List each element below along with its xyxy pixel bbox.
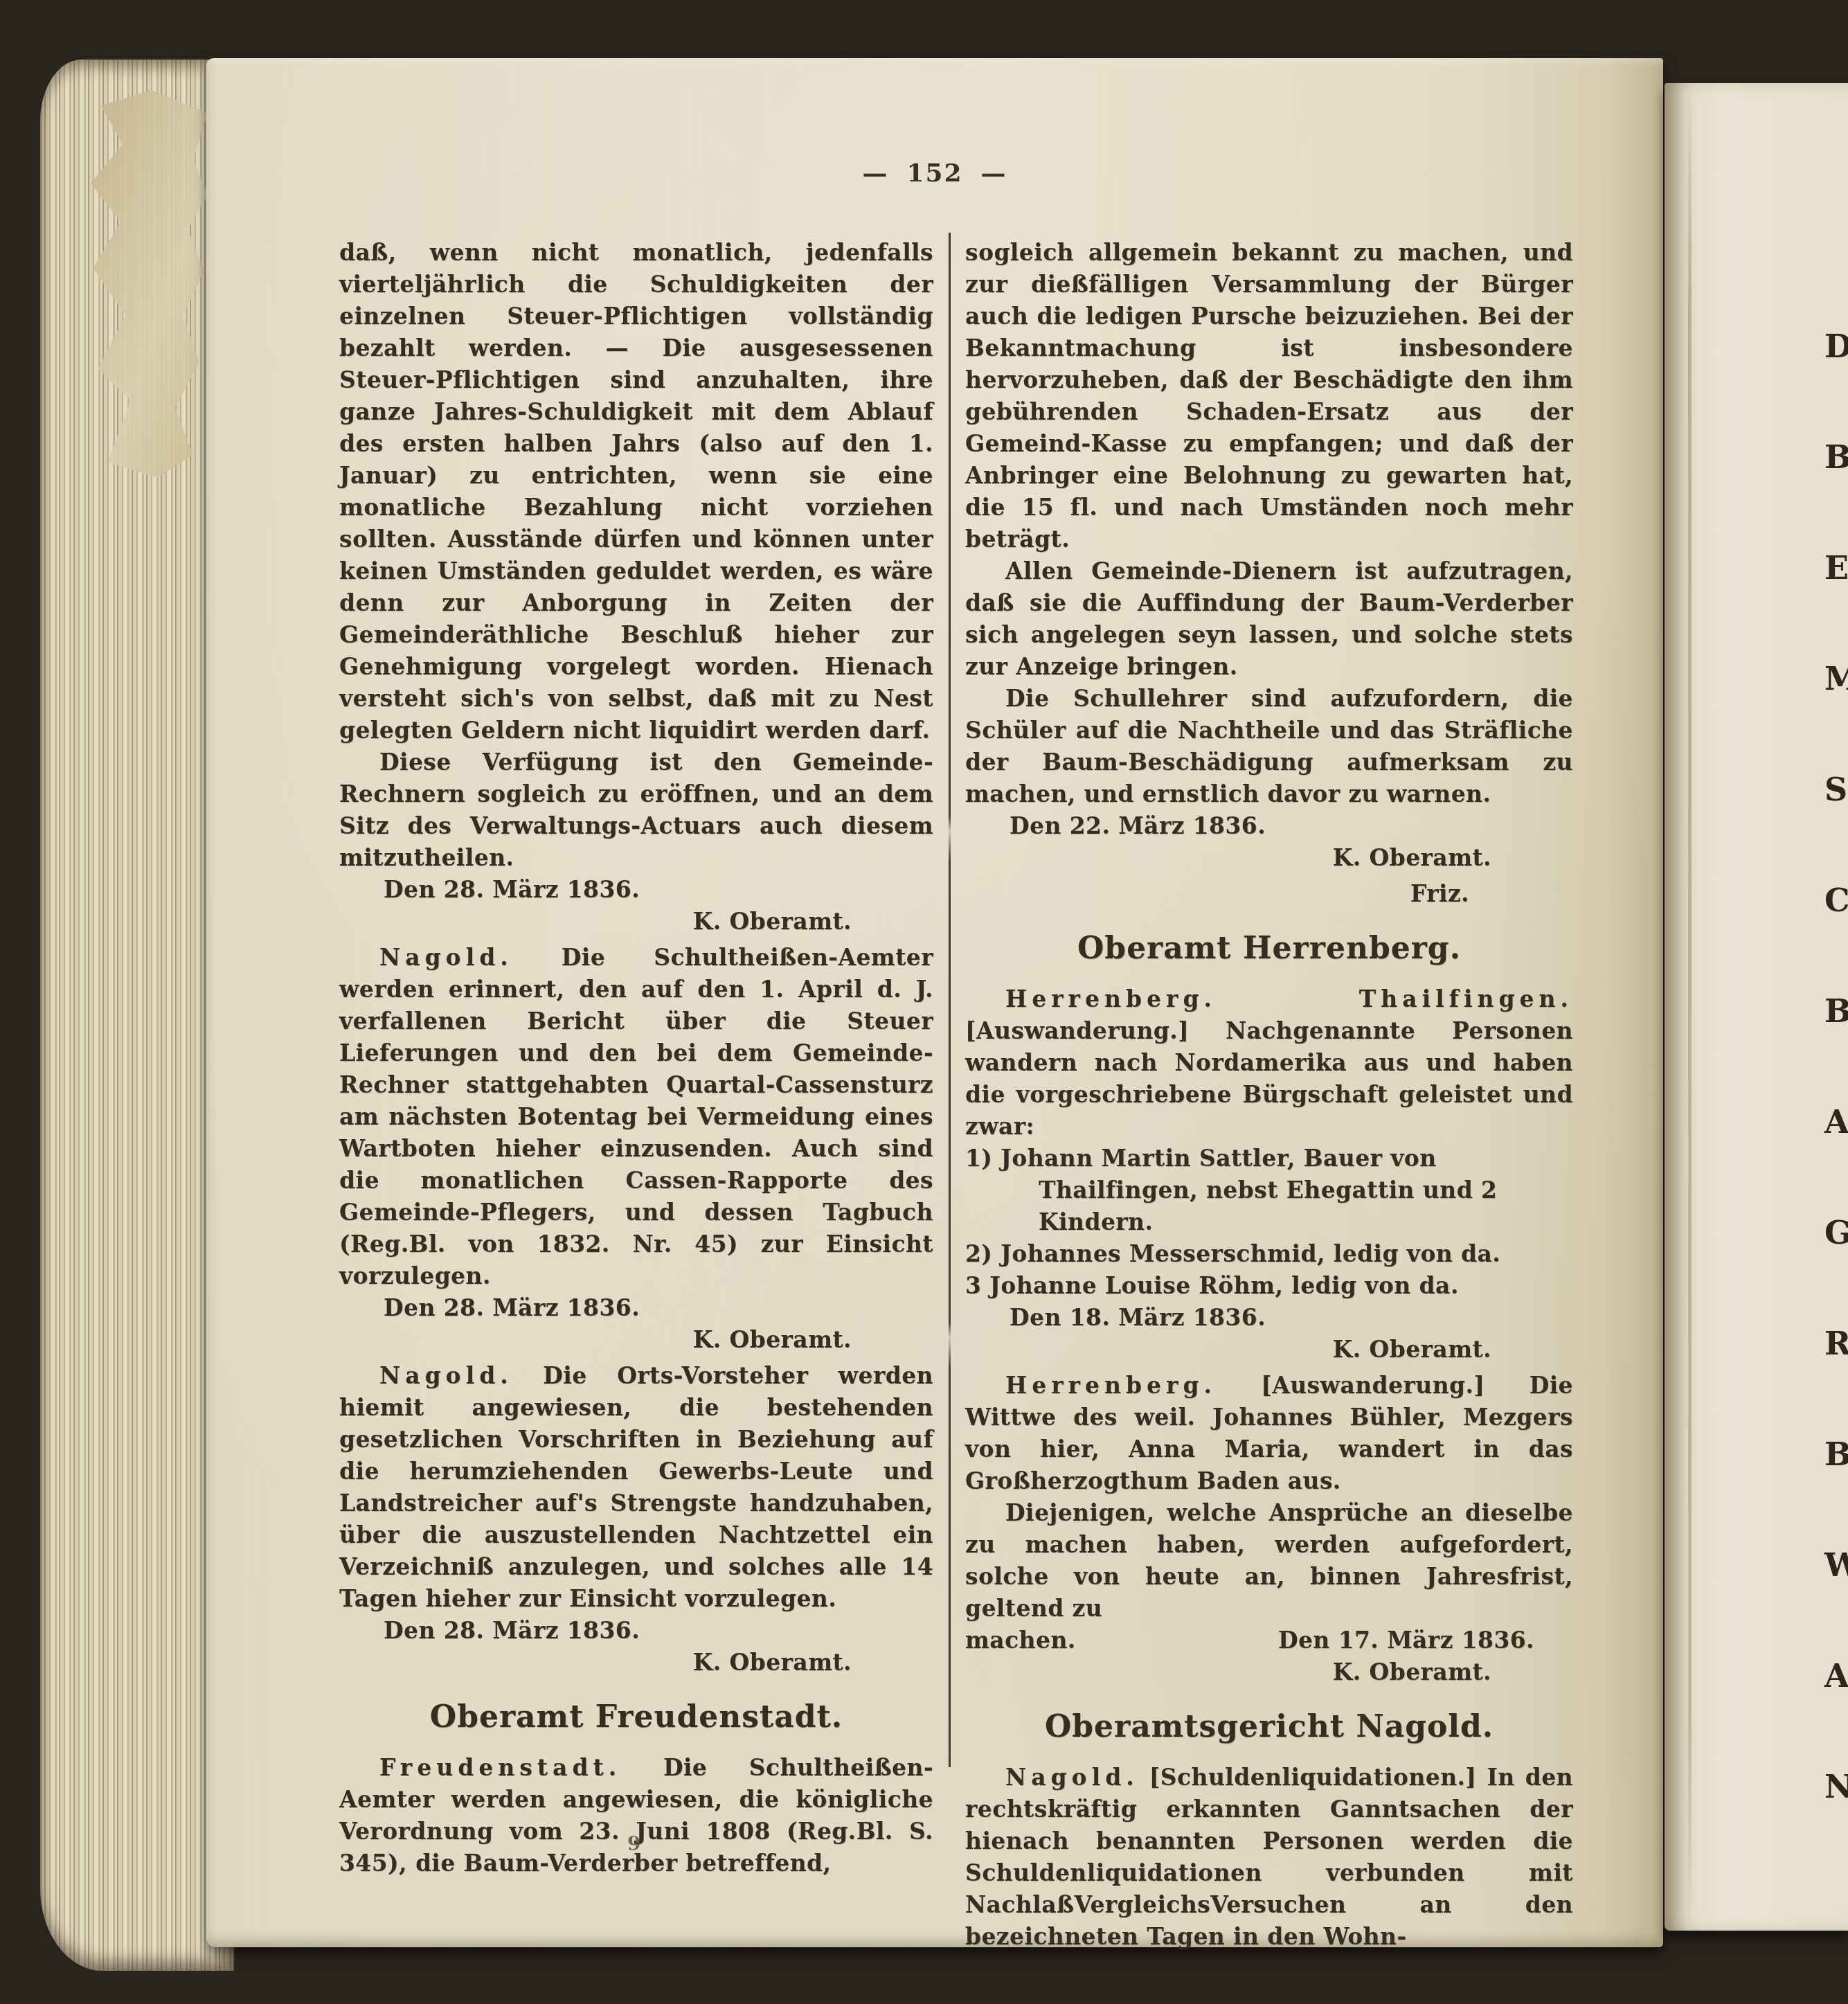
paragraph: sogleich allgemein bekannt zu machen, un…: [965, 237, 1573, 555]
next-page-text-fragments: D B E M S C B A G R B W A N: [1824, 291, 1848, 1842]
paragraph: Nagold. [Schuldenliquidationen.] In den …: [965, 1762, 1573, 1953]
list-item: 1) Johann Martin Sattler, Bauer von Thai…: [965, 1143, 1573, 1238]
place-lead: Freudenstadt.: [379, 1754, 621, 1781]
paragraph-last-word: machen.: [965, 1625, 1076, 1656]
date-line: Den 28. März 1836.: [339, 1292, 933, 1324]
place-lead: Herrenberg.: [1005, 1372, 1217, 1399]
paragraph: Die Schullehrer sind aufzufordern, die S…: [965, 683, 1573, 810]
paragraph: Allen Gemeinde-Dienern ist aufzutragen, …: [965, 555, 1573, 683]
inline-date: Den 17. März 1836.: [1278, 1625, 1534, 1656]
paragraph: Herrenberg. [Auswanderung.] Die Wittwe d…: [965, 1370, 1573, 1497]
next-page-edge: D B E M S C B A G R B W A N: [1665, 83, 1848, 1931]
signature-line: K. Oberamt.: [339, 906, 933, 938]
paragraph: Diese Verfügung ist den Gemeinde-Rechner…: [339, 746, 933, 874]
place-lead: Nagold.: [379, 1362, 513, 1389]
paragraph: Freudenstadt. Die Schultheißen-Aemter we…: [339, 1752, 933, 1879]
section-heading-oberamtsgericht-nagold: Oberamtsgericht Nagold.: [965, 1709, 1573, 1745]
paragraph-text: [Auswanderung.] Nachgenannte Personen wa…: [965, 1017, 1573, 1140]
date-line: Den 28. März 1836.: [339, 1615, 933, 1647]
column-divider-rule: [949, 233, 951, 1767]
signature-line: K. Oberamt.: [965, 1656, 1573, 1688]
date-line: Den 28. März 1836.: [339, 874, 933, 906]
paragraph: daß, wenn nicht monatlich, jedenfalls vi…: [339, 237, 933, 746]
signature-line: K. Oberamt.: [339, 1324, 933, 1356]
paragraph: Nagold. Die Schultheißen-Aemter werden e…: [339, 942, 933, 1292]
header-right-dash: —: [963, 159, 1025, 188]
page-number: 152: [906, 159, 962, 188]
place-lead: Herrenberg. Thailfingen.: [1005, 985, 1573, 1012]
page-number-header: —152—: [206, 159, 1663, 187]
signature-line: K. Oberamt.: [965, 1334, 1573, 1366]
page-crease: [1688, 83, 1692, 1931]
paragraph-text: Die Schultheißen-Aemter werden erinnert,…: [339, 944, 933, 1289]
signature-line: K. Oberamt.: [965, 842, 1573, 874]
paragraph-end-with-date: machen.Den 17. März 1836.: [965, 1625, 1573, 1656]
place-lead: Nagold.: [379, 944, 513, 971]
paragraph: Herrenberg. Thailfingen. [Auswanderung.]…: [965, 983, 1573, 1143]
signature-line: K. Oberamt.: [339, 1647, 933, 1679]
place-lead: Nagold.: [1005, 1764, 1139, 1791]
paragraph-text: Die Orts-Vorsteher werden hiemit angewie…: [339, 1362, 933, 1612]
left-text-column: daß, wenn nicht monatlich, jedenfalls vi…: [339, 237, 933, 1879]
signature-line-friz: Friz.: [965, 878, 1573, 910]
list-item: 3 Johanne Louise Röhm, ledig von da.: [965, 1270, 1573, 1302]
paragraph: Diejenigen, welche Ansprüche an dieselbe…: [965, 1497, 1573, 1625]
list-item: 2) Johannes Messerschmid, ledig von da.: [965, 1238, 1573, 1270]
header-left-dash: —: [844, 159, 906, 188]
printers-signature-mark: 9: [627, 1832, 640, 1855]
paragraph-text: [Schuldenliquidationen.] In den rechtskr…: [965, 1764, 1573, 1950]
book-page: —152— daß, wenn nicht monatlich, jedenfa…: [206, 58, 1663, 1947]
right-text-column: sogleich allgemein bekannt zu machen, un…: [965, 237, 1573, 1953]
date-line: Den 18. März 1836.: [965, 1302, 1573, 1334]
date-line: Den 22. März 1836.: [965, 810, 1573, 842]
section-heading-oberamt-herrenberg: Oberamt Herrenberg.: [965, 931, 1573, 967]
paragraph: Nagold. Die Orts-Vorsteher werden hiemit…: [339, 1360, 933, 1615]
section-heading-oberamt-freudenstadt: Oberamt Freudenstadt.: [339, 1699, 933, 1735]
